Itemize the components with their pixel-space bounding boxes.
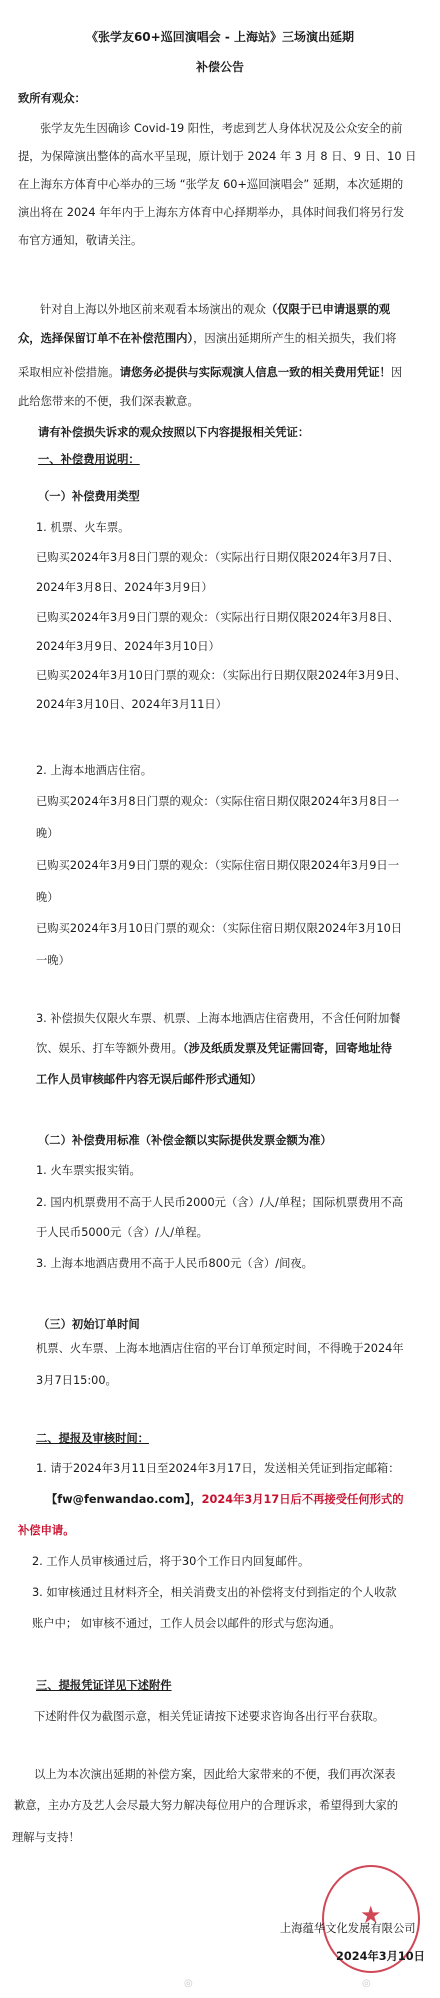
text-line: 已购买2024年3月8日门票的观众：（实际出行日期仅限2024年3月7日、: [36, 551, 399, 565]
text-line: 2024年3月10日、2024年3月11日）: [36, 698, 227, 712]
text-line: 在上海东方体育中心举办的三场 “张学友 60+巡回演唱会” 延期，本次延期的: [18, 178, 403, 192]
section-1-sub3-heading: （三）初始订单时间: [38, 1318, 140, 1332]
salutation: 致所有观众：: [18, 92, 86, 106]
text-bold: 众，选择保留订单不在补偿范围内）: [18, 332, 193, 345]
text-bold: （仅限于已申请退票的观: [266, 303, 390, 316]
text-normal: ，: [190, 1493, 201, 1506]
text-line: 账户中； 如审核不通过，工作人员会以邮件的形式与您沟通。: [32, 1617, 341, 1631]
text-line: 机票、火车票、上海本地酒店住宿的平台订单预定时间，不得晚于2024年: [36, 1342, 404, 1356]
text-bold: 请您务必提供与实际观演人信息一致的相关费用凭证！: [120, 366, 391, 379]
text-line: 3. 如审核通过且材料齐全，相关消费支出的补偿将支付到指定的个人收款: [32, 1586, 397, 1600]
text-line: 饮、娱乐、打车等额外费用。（涉及纸质发票及凭证需回寄，回寄地址待: [36, 1042, 392, 1056]
text-line: 【fw@fenwandao.com】，2024年3月17日后不再接受任何形式的: [46, 1493, 404, 1507]
item-label: 2. 上海本地酒店住宿。: [36, 764, 152, 778]
text-line: 2024年3月9日、2024年3月10日）: [36, 640, 220, 654]
text-line: 已购买2024年3月10日门票的观众：（实际住宿日期仅限2024年3月10日: [36, 922, 402, 936]
text-line: 理解与支持！: [12, 1831, 80, 1845]
signature-date: 2024年3月10日: [336, 1950, 425, 1964]
text-line: 以上为本次演出延期的补偿方案，因此给大家带来的不便，我们再次深表: [34, 1768, 396, 1782]
text-line: 下述附件仅为截图示意，相关凭证请按下述要求咨询各出行平台获取。: [34, 1710, 384, 1724]
text-line: 3. 上海本地酒店费用不高于人民币800元（含）/间夜。: [36, 1257, 313, 1271]
text-line: 布官方通知，敬请关注。: [18, 234, 142, 248]
text-line: 工作人员审核邮件内容无误后邮件形式通知）: [36, 1073, 262, 1087]
text-bold: （涉及纸质发票及凭证需回寄，回寄地址待: [183, 1042, 392, 1055]
text-line: 演出将在 2024 年年内于上海东方体育中心择期举办，具体时间我们将另行发: [18, 206, 404, 220]
text-line: 此给您带来的不便，我们深表歉意。: [18, 395, 199, 409]
weibo-watermark-icon: ◎: [184, 1978, 193, 1989]
section-3-heading: 三、提报凭证详见下述附件: [36, 1679, 172, 1693]
text-line: 2. 工作人员审核通过后，将于30个工作日内回复邮件。: [32, 1555, 309, 1569]
text-line: 3. 补偿损失仅限火车票、机票、上海本地酒店住宿费用，不含任何附加餐: [36, 1012, 401, 1026]
text-line: 2024年3月8日、2024年3月9日）: [36, 581, 213, 595]
text-line: 于人民币5000元（含）/人/单程。: [36, 1226, 208, 1240]
deadline-warning: 2024年3月17日后不再接受任何形式的: [202, 1493, 404, 1506]
text-normal: 采取相应补偿措施。: [18, 366, 120, 379]
text-normal: ，因演出延期所产生的相关损失，我们将: [193, 332, 396, 345]
text-line: 歉意，主办方及艺人会尽最大努力解决每位用户的合理诉求，希望得到大家的: [14, 1799, 398, 1813]
section-1-sub2-heading: （二）补偿费用标准（补偿金额以实际提供发票金额为准）: [38, 1134, 332, 1148]
text-normal: 因: [391, 366, 402, 379]
document-title: 《张学友60+巡回演唱会 - 上海站》三场演出延期: [0, 28, 440, 45]
text-line: 1. 火车票实报实销。: [36, 1164, 141, 1178]
text-line: 已购买2024年3月8日门票的观众：（实际住宿日期仅限2024年3月8日一: [36, 795, 399, 809]
text-line: 已购买2024年3月9日门票的观众：（实际住宿日期仅限2024年3月9日一: [36, 859, 399, 873]
text-line: 已购买2024年3月9日门票的观众：（实际出行日期仅限2024年3月8日、: [36, 611, 399, 625]
section-2-heading: 二、提报及审核时间：: [36, 1432, 149, 1446]
company-name: 上海蕴华文化发展有限公司: [280, 1922, 416, 1936]
text-normal: 针对自上海以外地区前来观看本场演出的观众: [40, 303, 266, 316]
text-line: 1. 请于2024年3月11日至2024年3月17日，发送相关凭证到指定邮箱：: [36, 1462, 400, 1476]
text-line: 针对自上海以外地区前来观看本场演出的观众（仅限于已申请退票的观: [40, 303, 390, 317]
text-line: 晚）: [36, 891, 59, 905]
text-line: 3月7日15:00。: [36, 1374, 117, 1388]
deadline-warning: 补偿申请。: [18, 1524, 75, 1538]
text-line: 众，选择保留订单不在补偿范围内），因演出延期所产生的相关损失，我们将: [18, 332, 396, 346]
weibo-watermark-icon: ◎: [362, 1978, 371, 1989]
text-line: 晚）: [36, 827, 59, 841]
document-subtitle: 补偿公告: [0, 58, 440, 75]
text-line: 一晚）: [36, 954, 70, 968]
text-line: 已购买2024年3月10日门票的观众：（实际出行日期仅限2024年3月9日、: [36, 669, 406, 683]
text-line: 采取相应补偿措施。请您务必提供与实际观演人信息一致的相关费用凭证！因: [18, 366, 402, 380]
section-1-heading: 一、补偿费用说明：: [38, 453, 140, 467]
text-line: 张学友先生因确诊 Covid-19 阳性，考虑到艺人身体状况及公众安全的前: [40, 122, 402, 136]
text-line: 提，为保障演出整体的高水平呈现，原计划于 2024 年 3 月 8 日、9 日、…: [18, 150, 416, 164]
text-line: 2. 国内机票费用不高于人民币2000元（含）/人/单程；国际机票费用不高: [36, 1196, 403, 1210]
instruction-heading: 请有补偿损失诉求的观众按照以下内容提报相关凭证：: [38, 426, 309, 440]
item-label: 1. 机票、火车票。: [36, 521, 129, 535]
email-link[interactable]: 【fw@fenwandao.com】: [46, 1493, 190, 1506]
text-normal: 饮、娱乐、打车等额外费用。: [36, 1042, 183, 1055]
section-1-sub1-heading: （一）补偿费用类型: [38, 490, 140, 504]
